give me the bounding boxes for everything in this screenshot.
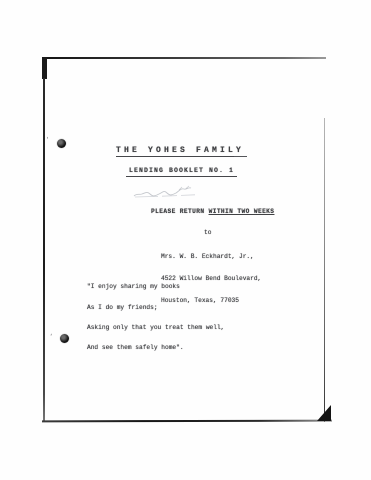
punch-hole-bottom — [60, 334, 69, 343]
page-corner-top-left — [42, 57, 47, 79]
page-edge-left — [43, 78, 45, 422]
booklet-subtitle: LENDING BOOKLET NO. 1 — [126, 167, 237, 177]
page-title: THE YOHES FAMILY — [116, 146, 244, 157]
page-corner-bottom-right — [317, 405, 331, 421]
return-notice-underlined: WITHIN TWO WEEKS — [209, 208, 275, 215]
stray-mark: ’ — [46, 137, 50, 144]
handwritten-note — [132, 184, 198, 200]
page-edge-bottom — [42, 420, 332, 423]
page-edge-top — [42, 57, 326, 59]
ownership-poem: "I enjoy sharing my books As I do my fri… — [87, 271, 224, 365]
title-underline-tail — [234, 156, 247, 157]
page-edge-right — [324, 118, 325, 422]
to-label: to — [204, 229, 211, 236]
scanned-page: ’ ‘ THE YOHES FAMILY LENDING BOOKLET NO.… — [0, 0, 371, 480]
return-notice-prefix: PLEASE RETURN — [151, 208, 209, 215]
punch-hole-top — [57, 139, 66, 148]
poem-line: "I enjoy sharing my books — [87, 284, 224, 291]
poem-line: And see them safely home". — [87, 345, 224, 352]
poem-line: As I do my friends; — [87, 305, 224, 312]
return-notice: PLEASE RETURN WITHIN TWO WEEKS — [151, 208, 274, 215]
stray-mark: ‘ — [50, 334, 52, 341]
address-line: Mrs. W. B. Eckhardt, Jr., — [161, 253, 261, 260]
poem-line: Asking only that you treat them well, — [87, 325, 224, 332]
